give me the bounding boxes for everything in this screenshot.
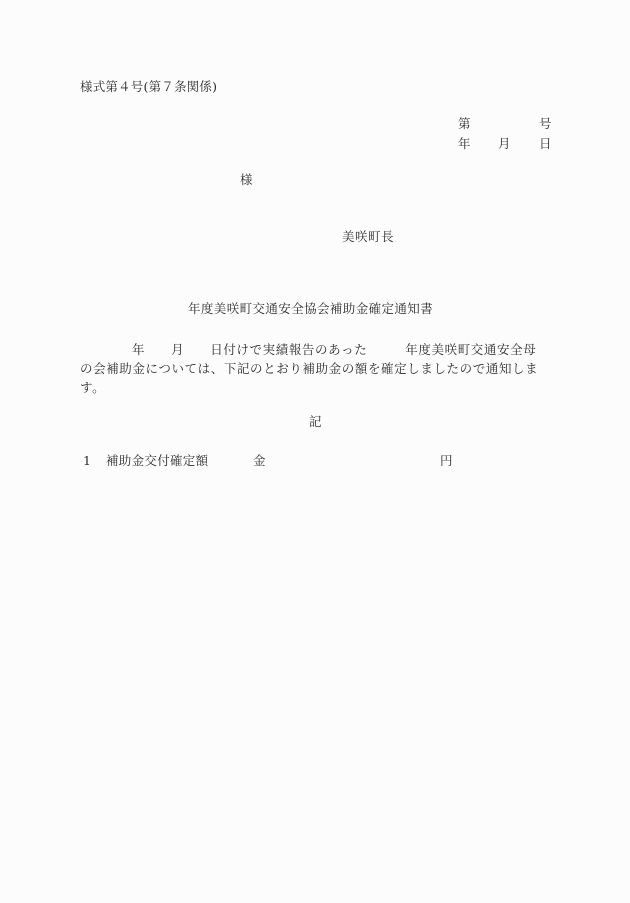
item-number: 1	[83, 455, 91, 468]
body-paragraph: 年月日付けで実績報告のあった年度美咲町交通安全母 の会補助金については、下記のと…	[80, 340, 580, 397]
document-title: 年度美咲町交通安全協会補助金確定通知書	[188, 303, 433, 316]
date-day-label: 日	[539, 138, 552, 151]
date-year-label: 年	[458, 138, 471, 151]
body-line-3: す。	[80, 378, 580, 397]
body-fiscal-year-text: 年度美咲町交通安全母	[405, 342, 536, 357]
amount-prefix: 金	[253, 455, 266, 468]
body-line-1: 年月日付けで実績報告のあった年度美咲町交通安全母	[80, 340, 580, 359]
form-number-label: 様式第４号(第７条関係)	[80, 81, 217, 94]
body-year-label: 年	[132, 342, 145, 357]
item-label: 補助金交付確定額	[106, 455, 208, 468]
body-month-label: 月	[171, 342, 184, 357]
reference-number-suffix: 号	[539, 118, 552, 131]
reference-number-prefix: 第	[458, 118, 471, 131]
body-report-text: 日付けで実績報告のあった	[210, 342, 367, 357]
addressee-honorific: 様	[240, 174, 253, 187]
date-month-label: 月	[498, 138, 511, 151]
issuer-name: 美咲町長	[342, 231, 394, 244]
amount-unit: 円	[440, 455, 453, 468]
body-line-2: の会補助金については、下記のとおり補助金の額を確定しましたので通知しま	[80, 359, 580, 378]
ki-heading: 記	[309, 416, 322, 429]
